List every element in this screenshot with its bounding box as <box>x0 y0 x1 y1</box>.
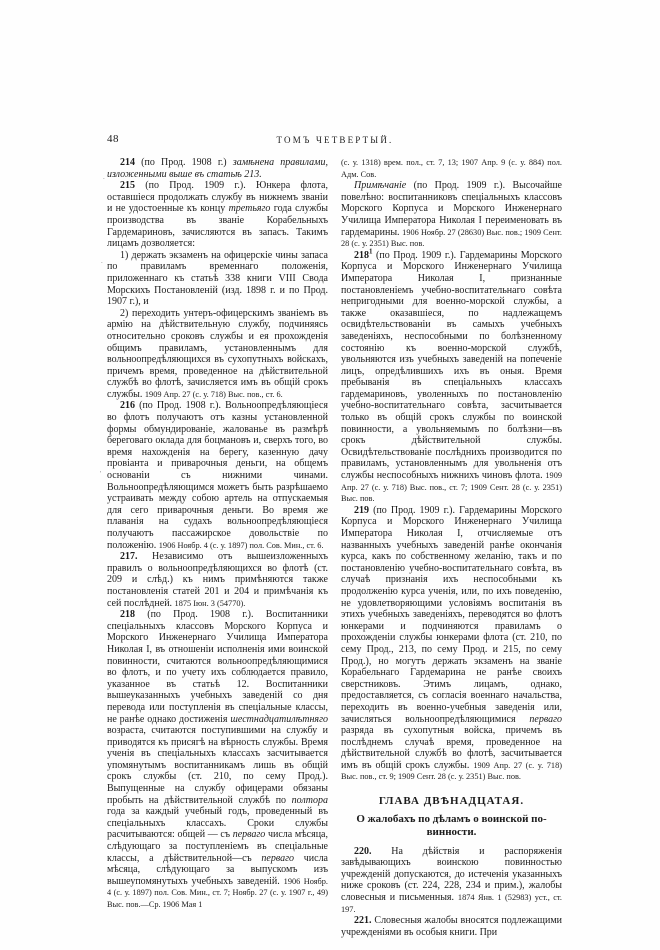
text-run: 219 <box>354 505 369 516</box>
paragraph: 2181 (по Прод. 1909 г.). Гардемарины Мор… <box>341 250 562 505</box>
text-run: 220. <box>354 846 372 857</box>
paragraph: ГЛАВА ДВѢНАДЦАТАЯ. <box>341 796 562 808</box>
paragraph: 221. Словесныя жалобы вносятся подлежащи… <box>341 915 562 938</box>
paragraph: 217. Независимо отъ вышеизложенныхъ прав… <box>107 551 328 609</box>
text-run: ГЛАВА ДВѢНАДЦАТАЯ. <box>379 795 524 807</box>
text-run: 215 <box>120 180 135 191</box>
text-run: шестнадцатилѣтняго <box>230 714 328 725</box>
text-run: 218 <box>120 609 135 620</box>
paragraph: Примѣчаніе (по Прод. 1909 г.). Высочайше… <box>341 180 562 250</box>
text-run: 218 <box>354 250 369 261</box>
text-run: перваго <box>233 829 266 840</box>
text-run: 214 <box>120 157 135 168</box>
text-run: перваго <box>261 853 294 864</box>
text-run: 1906 Ноябр. 4 (с. у. 1897) пол. Сов. Мин… <box>159 541 324 550</box>
text-body: 214 (по Прод. 1908 г.) замѣнена правилам… <box>107 157 563 938</box>
text-run: (по Прод. 1909 г.). Гардемарины Морского… <box>341 505 562 725</box>
text-run: 216 <box>120 400 135 411</box>
text-run: перваго <box>529 714 562 725</box>
text-run: (по Прод. 1908 г.). Вольноопредѣляющіеся… <box>107 400 328 550</box>
page-header: 48 ТОМЪ ЧЕТВЕРТЫЙ. <box>107 133 563 147</box>
paragraph: (с. у. 1318) врем. пол., ст. 7, 13; 1907… <box>341 157 562 180</box>
scan-artifact: ' <box>100 471 101 478</box>
text-run: (с. у. 1318) врем. пол., ст. 7, 13; 1907… <box>341 158 562 179</box>
right-column: (с. у. 1318) врем. пол., ст. 7, 13; 1907… <box>341 157 562 938</box>
text-run: (по Прод. 1908 г.) <box>135 157 233 168</box>
text-run: Примѣчаніе <box>354 180 406 191</box>
running-title: ТОМЪ ЧЕТВЕРТЫЙ. <box>107 135 563 145</box>
paragraph: 214 (по Прод. 1908 г.) замѣнена правилам… <box>107 157 328 180</box>
text-run: третьяго <box>229 203 271 214</box>
book-page: 48 ТОМЪ ЧЕТВЕРТЫЙ. 214 (по Прод. 1908 г.… <box>0 0 660 950</box>
text-run: Словесныя жалобы вносятся подлежащими уч… <box>341 915 562 938</box>
paragraph: 2) переходить унтеръ-офицерскимъ званіем… <box>107 308 328 401</box>
text-run: полтора <box>292 795 328 806</box>
paragraph: 218 (по Прод. 1908 г.). Воспитанники спе… <box>107 609 328 910</box>
text-run: (по Прод. 1908 г.). Воспитанники спеціал… <box>107 609 328 724</box>
text-run: 217. <box>120 551 138 562</box>
text-run: 1909 Апр. 27 (с. у. 718) Выс. пов., ст. … <box>145 390 283 399</box>
paragraph: 220. На дѣйствія и распоряженія завѣдыва… <box>341 846 562 916</box>
text-run: (по Прод. 1909 г.). Гардемарины Морского… <box>341 250 562 481</box>
text-run: возраста, считаются поступившими на служ… <box>107 725 328 806</box>
text-run: 2) переходить унтеръ-офицерскимъ званіем… <box>107 308 328 400</box>
paragraph: О жалобахъ по дѣламъ о воинской по- винн… <box>341 813 562 839</box>
text-run: 1875 Іюн. 3 (54770). <box>175 599 246 608</box>
scan-artifact: . <box>103 174 105 181</box>
scan-artifact: . <box>101 258 103 265</box>
text-run: О жалобахъ по дѣламъ о воинской по- винн… <box>356 813 546 838</box>
text-run: 1) держать экзаменъ на офицерскіе чины з… <box>107 250 328 307</box>
paragraph: 219 (по Прод. 1909 г.). Гардемарины Морс… <box>341 505 562 783</box>
left-column: 214 (по Прод. 1908 г.) замѣнена правилам… <box>107 157 328 911</box>
paragraph: 216 (по Прод. 1908 г.). Вольноопредѣляющ… <box>107 400 328 551</box>
text-run: 221. <box>354 915 372 926</box>
paragraph: 215 (по Прод. 1909 г.). Юнкера флота, ос… <box>107 180 328 250</box>
paragraph: 1) держать экзаменъ на офицерскіе чины з… <box>107 250 328 308</box>
